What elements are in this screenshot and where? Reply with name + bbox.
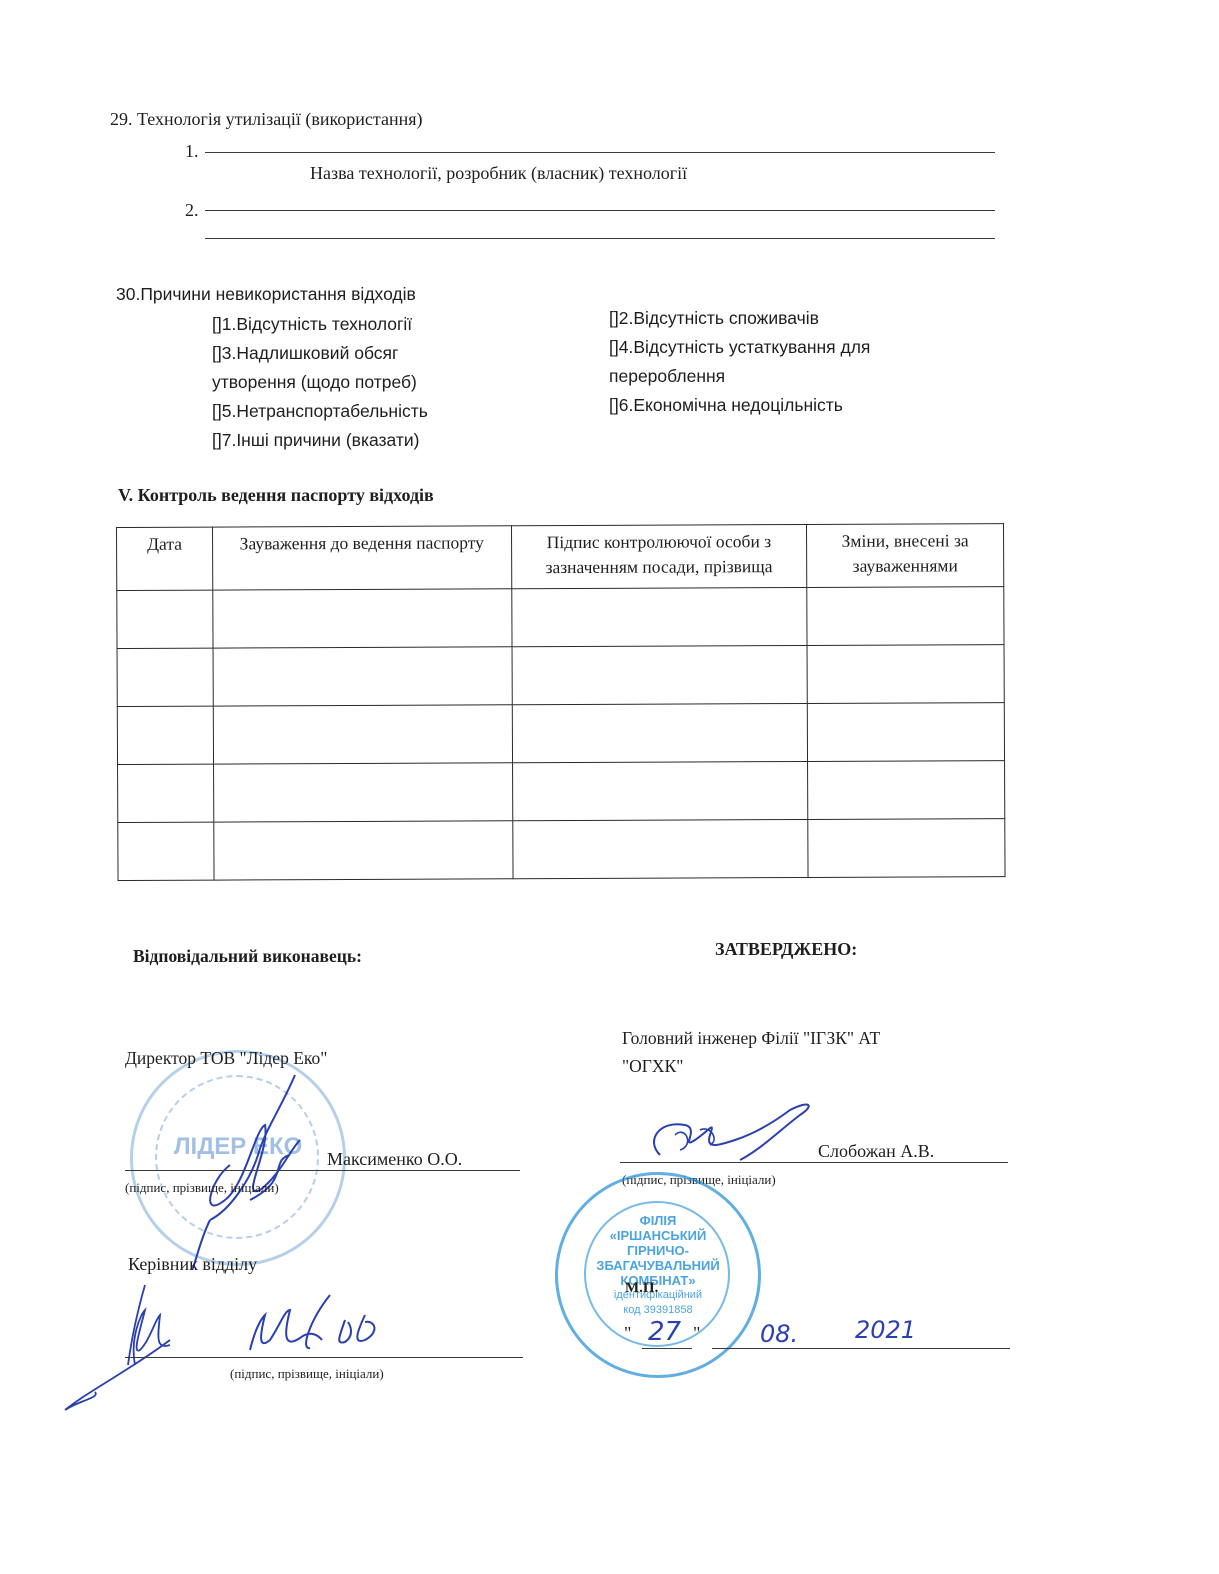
- header-remarks: Зауваження до ведення паспорту: [212, 526, 511, 590]
- reason-5-checkbox[interactable]: []5.Нетранспортабельність: [212, 397, 428, 426]
- cell-date[interactable]: [117, 648, 213, 706]
- cell-signature[interactable]: [512, 645, 808, 704]
- date-year: 2021: [855, 1316, 916, 1344]
- cell-changes[interactable]: [807, 703, 1004, 762]
- cell-signature[interactable]: [511, 587, 807, 646]
- section-5-title: V. Контроль ведення паспорту відходів: [118, 484, 434, 506]
- tech-item-2-line-extra[interactable]: [205, 238, 995, 239]
- date-month: 08.: [760, 1320, 798, 1348]
- chief-engineer-signature-icon: [640, 1095, 820, 1175]
- chief-engineer-signature-line: [620, 1162, 1008, 1163]
- reason-3-checkbox[interactable]: []3.Надлишковий обсяг: [212, 339, 428, 368]
- reason-4-checkbox[interactable]: []4.Відсутність устаткування для: [609, 333, 870, 362]
- department-head-signature-icon: Мевасть В.В: [60, 1280, 420, 1420]
- cell-changes[interactable]: [808, 819, 1005, 878]
- seal-place-label: М.П.: [625, 1280, 658, 1297]
- chief-engineer-position-line2: "ОГХК": [622, 1055, 683, 1077]
- director-name: Максименко О.О.: [327, 1148, 462, 1170]
- date-day-line: [642, 1348, 692, 1349]
- cell-changes[interactable]: [808, 761, 1005, 820]
- tech-item-2-number: 2.: [185, 199, 199, 221]
- director-caption: (підпис, прізвище, ініціали): [125, 1180, 279, 1196]
- cell-date[interactable]: [118, 822, 214, 880]
- table-row: [117, 587, 1004, 649]
- table-row: [118, 761, 1005, 823]
- reason-1-checkbox[interactable]: []1.Відсутність технології: [212, 310, 428, 339]
- cell-signature[interactable]: [512, 819, 808, 878]
- date-quote-open: ": [624, 1322, 631, 1344]
- cell-signature[interactable]: [512, 703, 808, 762]
- reason-7-checkbox[interactable]: []7.Інші причини (вказати): [212, 426, 428, 455]
- table-row: [117, 645, 1004, 707]
- department-head-caption: (підпис, прізвище, ініціали): [230, 1366, 384, 1382]
- stamp-line: ЗБАГАЧУВАЛЬНИЙ: [588, 1258, 728, 1273]
- department-head-signature-line: [125, 1357, 523, 1358]
- reasons-left-column: []1.Відсутність технології []3.Надлишков…: [212, 310, 428, 455]
- chief-engineer-position-line1: Головний інженер Філії "ІГЗК" АТ: [622, 1027, 880, 1049]
- reason-4-continuation: перероблення: [609, 362, 870, 391]
- header-date: Дата: [117, 527, 213, 590]
- tech-item-1-number: 1.: [185, 140, 199, 162]
- header-changes: Зміни, внесені за зауваженнями: [807, 524, 1004, 588]
- date-quote-close: ": [693, 1322, 700, 1344]
- stamp-text-block: ФІЛІЯ «ІРШАНСЬКИЙ ГІРНИЧО- ЗБАГАЧУВАЛЬНИ…: [588, 1213, 728, 1318]
- cell-remarks[interactable]: [213, 647, 512, 706]
- date-line[interactable]: [712, 1348, 1010, 1349]
- header-inspector-signature: Підпис контролюючої особи з зазначенням …: [511, 524, 807, 588]
- cell-changes[interactable]: [807, 645, 1004, 704]
- date-day: 27: [648, 1317, 681, 1347]
- department-head-position: Керівник відділу: [128, 1253, 257, 1275]
- cell-date[interactable]: [118, 764, 214, 822]
- cell-date[interactable]: [117, 706, 213, 764]
- tech-item-1-line[interactable]: [205, 152, 995, 153]
- director-signature-line: [125, 1170, 520, 1171]
- approved-heading: ЗАТВЕРДЖЕНО:: [715, 938, 857, 960]
- cell-signature[interactable]: [512, 761, 808, 820]
- reason-3-continuation: утворення (щодо потреб): [212, 368, 428, 397]
- cell-remarks[interactable]: [214, 821, 513, 880]
- tech-item-2-line[interactable]: [205, 210, 995, 211]
- table-header-row: Дата Зауваження до ведення паспорту Підп…: [117, 524, 1004, 591]
- reason-2-checkbox[interactable]: []2.Відсутність споживачів: [609, 304, 870, 333]
- stamp-line: код 39391858: [588, 1303, 728, 1318]
- table-row: [118, 819, 1005, 881]
- chief-engineer-name: Слобожан А.В.: [818, 1140, 934, 1162]
- control-table: Дата Зауваження до ведення паспорту Підп…: [116, 523, 1006, 881]
- cell-remarks[interactable]: [213, 763, 512, 822]
- section-29-title: 29. Технологія утилізації (використання): [110, 108, 423, 130]
- cell-date[interactable]: [117, 590, 213, 648]
- stamp-line: ФІЛІЯ: [588, 1213, 728, 1228]
- cell-changes[interactable]: [807, 587, 1004, 646]
- reasons-right-column: []2.Відсутність споживачів []4.Відсутніс…: [609, 304, 870, 420]
- stamp-line: ГІРНИЧО-: [588, 1243, 728, 1258]
- stamp-line: «ІРШАНСЬКИЙ: [588, 1228, 728, 1243]
- responsible-heading: Відповідальний виконавець:: [133, 945, 362, 967]
- cell-remarks[interactable]: [213, 589, 512, 648]
- chief-engineer-caption: (підпис, прізвище, ініціали): [622, 1172, 776, 1188]
- director-position: Директор ТОВ "Лідер Еко": [125, 1047, 327, 1069]
- section-30-title: 30.Причини невикористання відходів: [116, 283, 416, 305]
- cell-remarks[interactable]: [213, 705, 512, 764]
- table-row: [117, 703, 1004, 765]
- tech-caption: Назва технології, розробник (власник) те…: [310, 162, 687, 184]
- reason-6-checkbox[interactable]: []6.Економічна недоцільність: [609, 391, 870, 420]
